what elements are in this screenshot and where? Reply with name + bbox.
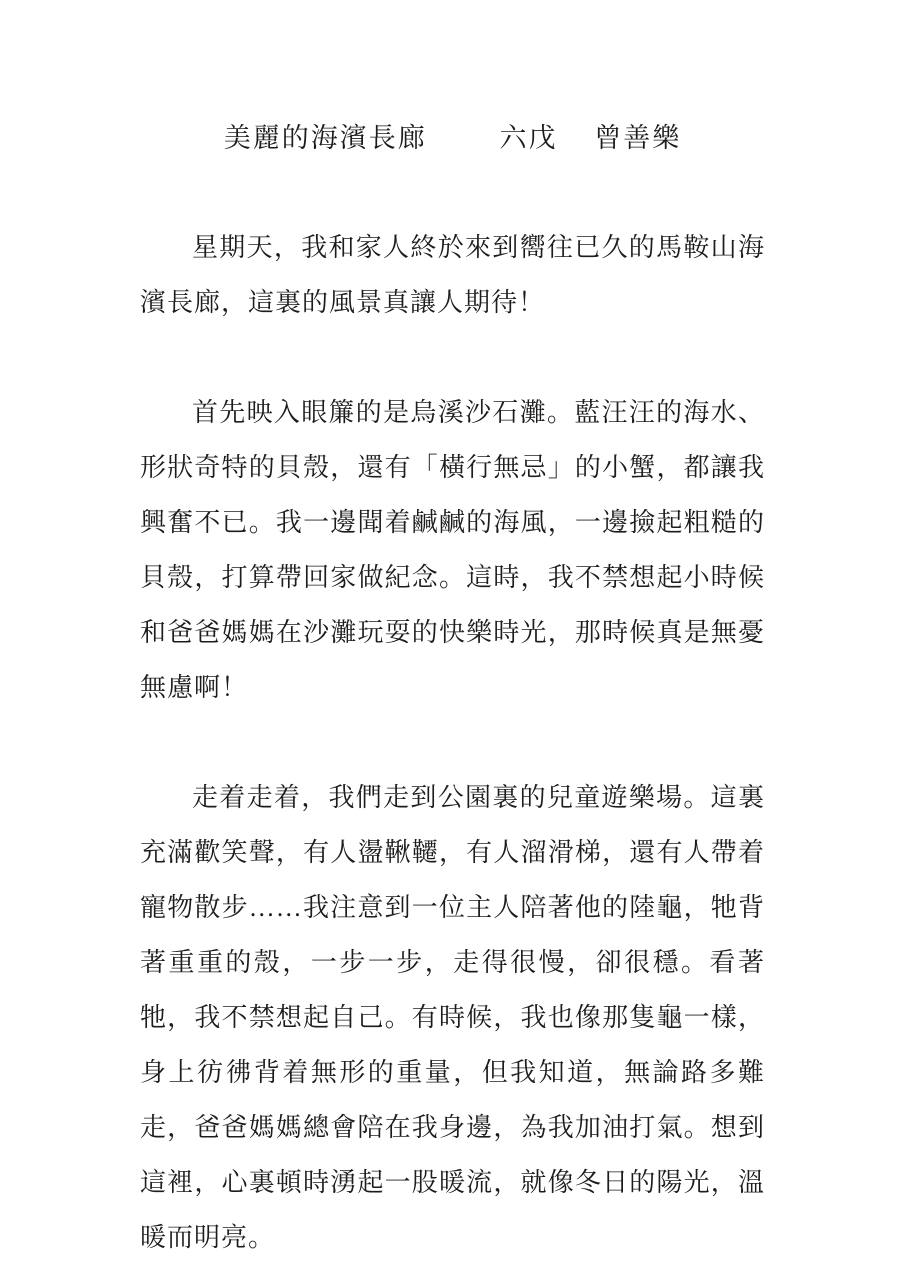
paragraph-playground: 走着走着，我們走到公園裏的兒童遊樂場。這裏充滿歡笑聲，有人盪鞦韆，有人溜滑梯，還… [140, 770, 765, 1265]
student-name: 曾善樂 [594, 123, 681, 153]
title-line: 美麗的海濱長廊 六戊 曾善樂 [140, 118, 765, 158]
student-class: 六戊 [500, 123, 558, 153]
paragraph-beach: 首先映入眼簾的是烏溪沙石灘。藍汪汪的海水、形狀奇特的貝殼，還有「橫行無忌」的小蟹… [140, 385, 765, 715]
document-page: 美麗的海濱長廊 六戊 曾善樂 星期天，我和家人終於來到嚮往已久的馬鞍山海濱長廊，… [0, 0, 905, 1280]
document-content: 美麗的海濱長廊 六戊 曾善樂 星期天，我和家人終於來到嚮往已久的馬鞍山海濱長廊，… [0, 0, 905, 1265]
essay-title: 美麗的海濱長廊 [224, 123, 427, 153]
paragraph-intro: 星期天，我和家人終於來到嚮往已久的馬鞍山海濱長廊，這裏的風景真讓人期待！ [140, 220, 765, 330]
